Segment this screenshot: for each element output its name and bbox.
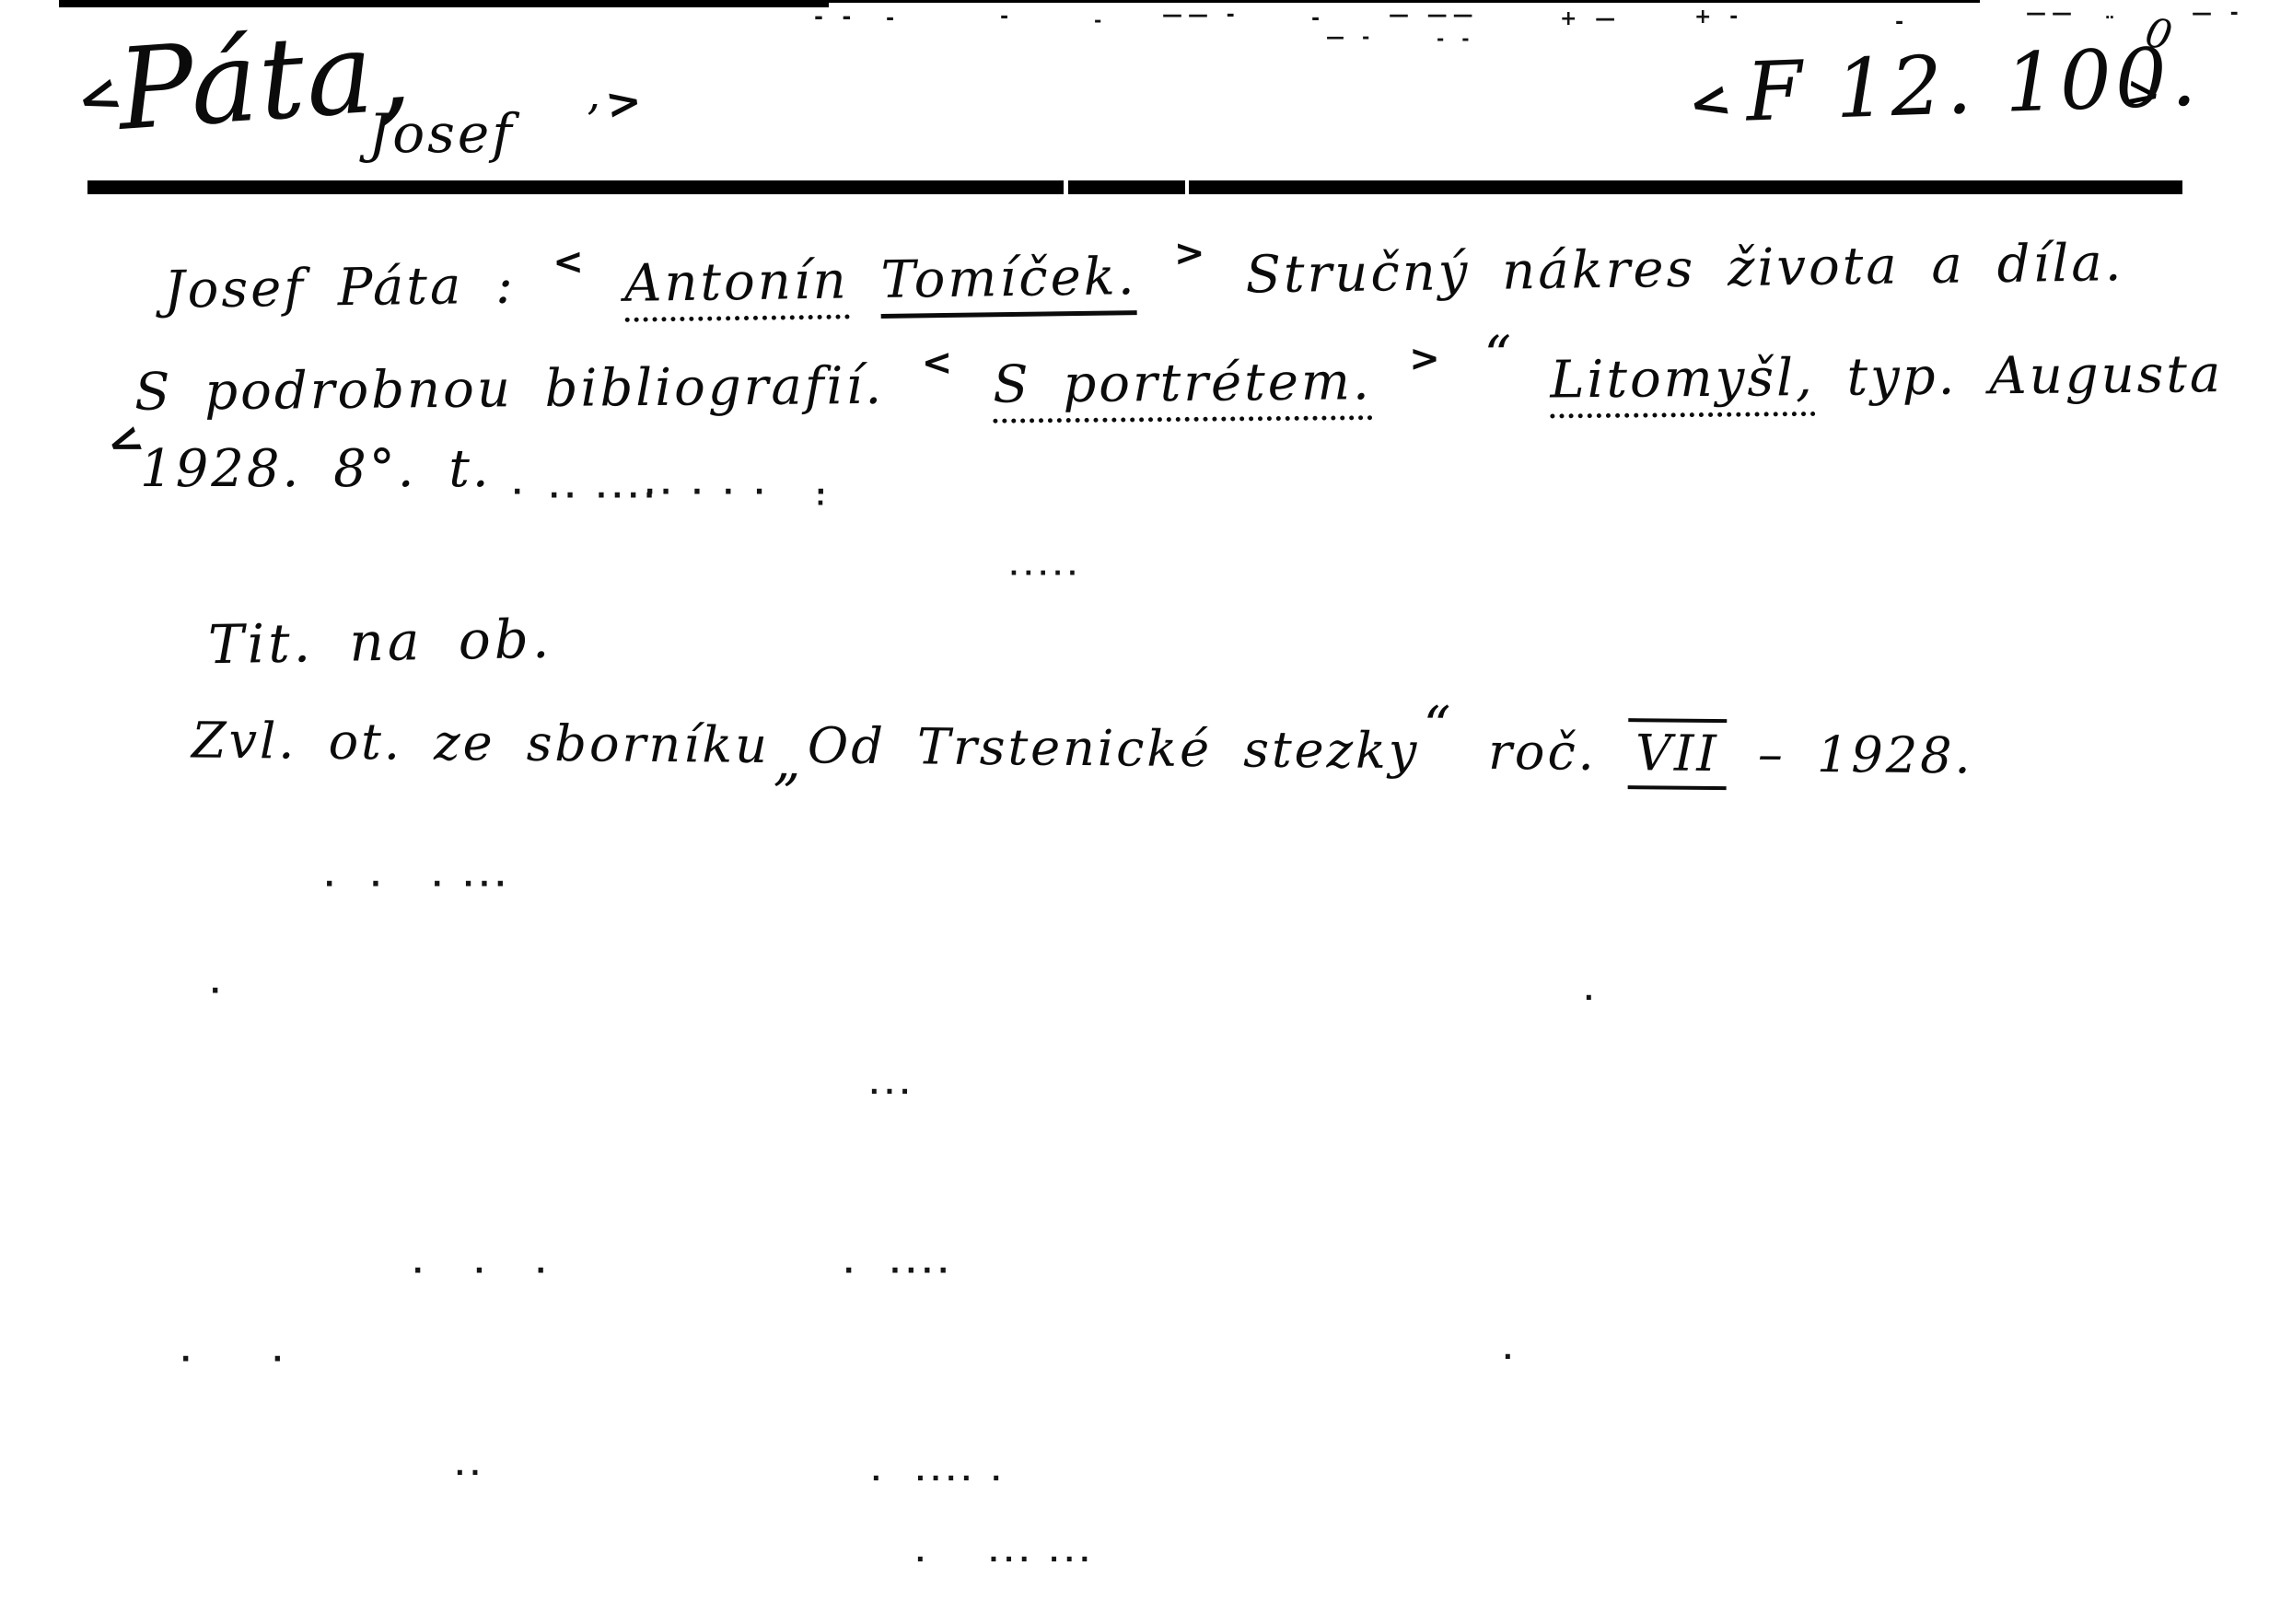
entry-portrait-note: S portrétem. xyxy=(993,352,1372,423)
noise-speck: - xyxy=(1094,11,1107,29)
noise-speck: - xyxy=(1311,9,1325,29)
noise-speck: ·· · · · · xyxy=(645,479,832,506)
catalog-card: 0 > < Páta, Josef ’ > < F 12. 100. Josef… xyxy=(0,0,2269,1624)
noise-speck: · xyxy=(1584,985,1600,1011)
note-title-on-cover: Tit. na ob. xyxy=(208,612,553,672)
noise-speck: · ···· · xyxy=(871,1466,1007,1491)
volume-number: VII xyxy=(1628,718,1727,790)
entry-line-1: Josef Páta : < Antonín Tomíček. > Stručn… xyxy=(164,222,2124,317)
noise-speck: · xyxy=(1503,1344,1518,1370)
noise-speck: —— - xyxy=(1162,6,1240,26)
noise-speck: + - xyxy=(1694,7,1743,28)
noise-speck: - xyxy=(1895,13,1909,33)
noise-speck: · ···· xyxy=(844,1258,954,1285)
offprint-series-title: Od Trstenické stezky xyxy=(808,716,1420,780)
noise-speck: ¨ xyxy=(2104,15,2121,37)
noise-speck: · xyxy=(210,978,226,1005)
entry-subtitle: Stručný nákres života a díla. xyxy=(1245,233,2124,305)
heading-forename: Josef xyxy=(368,107,515,160)
noise-speck: — - xyxy=(1326,28,1375,46)
noise-speck: — —— xyxy=(1389,6,1479,26)
noise-speck: - - xyxy=(1437,29,1475,48)
insertion-caret-open: < xyxy=(547,240,592,284)
entry-author: Josef Páta : xyxy=(164,256,517,320)
entry-printer: typ. Augusta xyxy=(1846,344,2223,408)
quote-close-mark: “ xyxy=(1419,699,1457,752)
shelfmark-insertion-caret-left: < xyxy=(1684,74,1735,131)
insertion-caret-close: > xyxy=(1403,337,1449,379)
noise-speck: · ··· ··· xyxy=(915,1547,1095,1572)
noise-speck: - - xyxy=(814,6,856,28)
noise-speck: · · · xyxy=(413,1258,552,1285)
entry-line-2: S podrobnou bibliografií. < S portrétem.… xyxy=(134,333,2224,419)
scan-edge-artifact xyxy=(829,0,1980,3)
noise-speck: ··· xyxy=(869,1079,915,1105)
noise-speck: + — xyxy=(1560,9,1621,29)
insertion-caret-close: > xyxy=(1169,232,1214,275)
scan-edge-artifact xyxy=(59,0,829,7)
shelfmark: F 12. 100. xyxy=(1745,36,2202,133)
noise-speck: · · · ··· xyxy=(324,871,511,899)
note-offprint: Zvl. ot. ze sborníku„Od Trstenické stezk… xyxy=(192,713,1973,782)
rule-gap xyxy=(1185,180,1189,194)
noise-speck: ····· xyxy=(1009,562,1082,586)
quote-open-mark: „ xyxy=(770,734,809,787)
noise-speck: —— xyxy=(2026,4,2077,24)
noise-speck: - xyxy=(886,9,900,29)
entry-title-surname: Tomíček. xyxy=(880,247,1137,319)
noise-speck: · xyxy=(816,492,831,516)
noise-speck: · xyxy=(512,479,528,506)
volume-label: roč. xyxy=(1488,723,1597,782)
noise-speck: — - xyxy=(2192,4,2244,24)
entry-year-format: 1928. 8°. t. xyxy=(140,439,492,499)
insertion-caret-open: < xyxy=(916,342,961,384)
offprint-lead: Zvl. ot. ze sborníku xyxy=(192,712,770,774)
entry-place: Litomyšl, xyxy=(1550,348,1815,419)
noise-speck: ·· ···· xyxy=(549,482,660,510)
noise-speck: - xyxy=(1000,7,1014,28)
heading-insertion-caret-right: > xyxy=(603,79,645,126)
volume-year: – 1928. xyxy=(1758,725,1973,784)
rule-gap xyxy=(1064,180,1068,194)
heading-apostrophe-mark: ’ xyxy=(586,99,599,144)
heading-rule xyxy=(87,180,2182,194)
entry-line-3: 1928. 8°. t. xyxy=(140,444,492,495)
insertion-quote-mark: “ xyxy=(1480,329,1518,382)
noise-speck: ·· xyxy=(455,1460,485,1486)
noise-speck: · · xyxy=(180,1346,288,1374)
entry-bibliography-note: S podrobnou bibliografií. xyxy=(134,356,885,423)
entry-title-forename: Antonín xyxy=(624,250,850,321)
